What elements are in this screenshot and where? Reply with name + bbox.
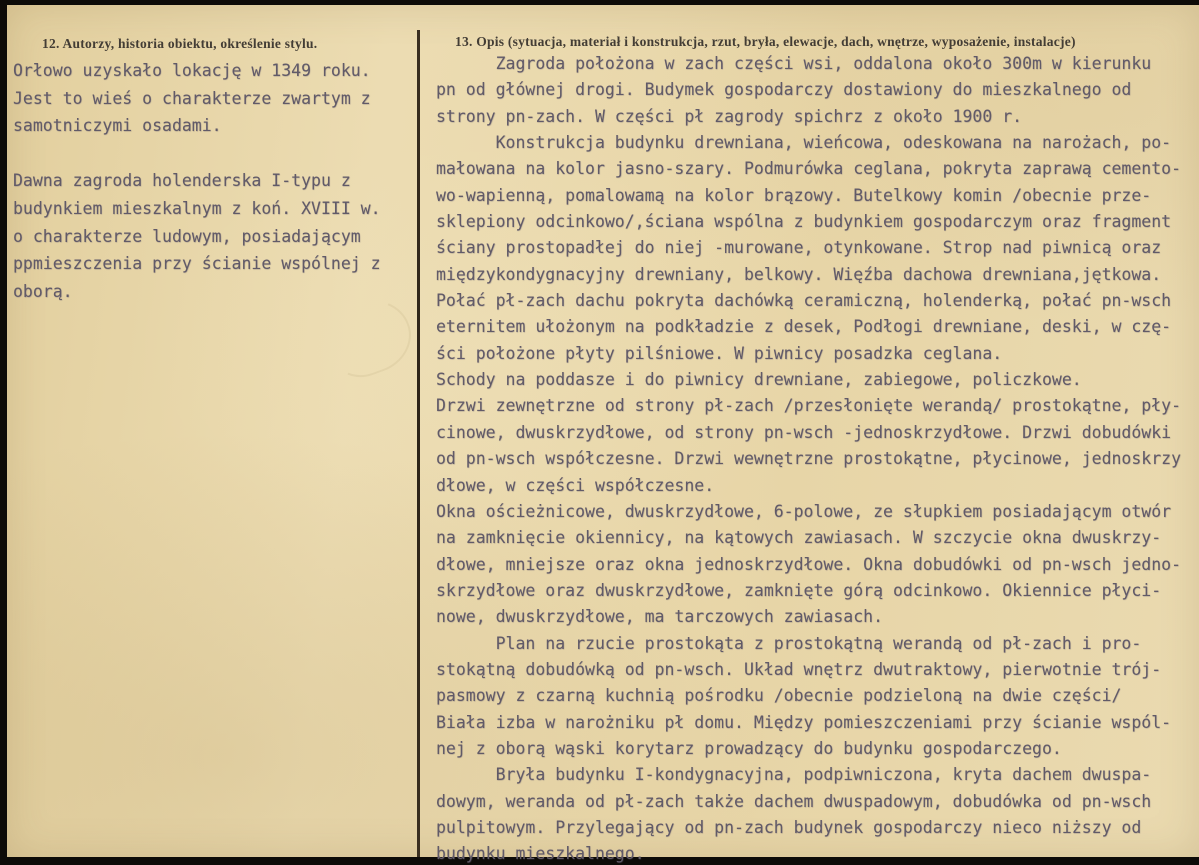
section-12-typewritten-text: Orłowo uzyskało lokację w 1349 roku.Jest… (13, 61, 381, 309)
typewritten-line: pulpitowym. Przylegający od pn-zach budy… (436, 818, 1181, 844)
typewritten-line: nej z oborą wąski korytarz prowadzący do… (436, 739, 1181, 765)
typewritten-line: cinowe, dwuskrzydłowe, od strony pn-wsch… (436, 423, 1181, 449)
typewritten-line: Zagroda położona w zach części wsi, odda… (436, 54, 1181, 80)
typewritten-line: eternitem ułożonym na podkładzie z desek… (436, 317, 1181, 343)
typewritten-line: sklepiony odcinkowo/,ściana wspólna z bu… (436, 212, 1181, 238)
typewritten-line: oborą. (13, 282, 381, 310)
typewritten-line: od pn-wsch współczesne. Drzwi wewnętrzne… (436, 449, 1181, 475)
typewritten-line: Konstrukcja budynku drewniana, wieńcowa,… (436, 133, 1181, 159)
typewritten-line (13, 144, 381, 172)
section-12-header: 12. Autorzy, historia obiektu, określeni… (42, 36, 317, 52)
typewritten-line: skrzydłowe oraz dwuskrzydłowe, zamknięte… (436, 581, 1181, 607)
section-13-typewritten-text: Zagroda położona w zach części wsi, odda… (436, 54, 1181, 865)
typewritten-line: Połać pł-zach dachu pokryta dachówką cer… (436, 291, 1181, 317)
typewritten-line: Dawna zagroda holenderska I-typu z (13, 171, 381, 199)
typewritten-line: strony pn-zach. W części pł zagrody spic… (436, 107, 1181, 133)
typewritten-line: małowana na kolor jasno-szary. Podmurówk… (436, 159, 1181, 185)
typewritten-line: dłowe, w części współczesne. (436, 476, 1181, 502)
typewritten-line: Schody na poddasze i do piwnicy drewnian… (436, 370, 1181, 396)
typewritten-line: budynku mieszkalnego. (436, 844, 1181, 865)
typewritten-line: Bryła budynku I-kondygnacyjna, podpiwnic… (436, 765, 1181, 791)
typewritten-line: o charakterze ludowym, posiadającym (13, 227, 381, 255)
typewritten-line: Drzwi zewnętrzne od strony pł-zach /prze… (436, 396, 1181, 422)
typewritten-line: samotniczymi osadami. (13, 116, 381, 144)
typewritten-line: stokątną dobudówką od pn-wsch. Układ wnę… (436, 660, 1181, 686)
typewritten-line: nowe, dwuskrzydłowe, ma tarczowych zawia… (436, 607, 1181, 633)
typewritten-line: Okna ościeżnicowe, dwuskrzydłowe, 6-polo… (436, 502, 1181, 528)
typewritten-line: Plan na rzucie prostokąta z prostokątną … (436, 634, 1181, 660)
typewritten-line: ściany prostopadłej do niej -murowane, o… (436, 238, 1181, 264)
typewritten-line: budynkiem mieszkalnym z koń. XVIII w. (13, 199, 381, 227)
typewritten-line: międzykondygnacyjny drewniany, belkowy. … (436, 265, 1181, 291)
typewritten-line: Jest to wieś o charakterze zwartym z (13, 89, 381, 117)
scan-edge-background: 12. Autorzy, historia obiektu, określeni… (0, 0, 1199, 865)
column-divider-rule (417, 30, 420, 857)
typewritten-line: ppmieszczenia przy ścianie wspólnej z (13, 254, 381, 282)
typewritten-line: dowym, weranda od pł-zach także dachem d… (436, 792, 1181, 818)
typewritten-line: dłowe, mniejsze oraz okna jednoskrzydłow… (436, 555, 1181, 581)
typewritten-line: ści położone płyty pilśniowe. W piwnicy … (436, 344, 1181, 370)
typewritten-line: Orłowo uzyskało lokację w 1349 roku. (13, 61, 381, 89)
typewritten-line: pasmowy z czarną kuchnią pośrodku /obecn… (436, 686, 1181, 712)
typewritten-line: wo-wapienną, pomalowamą na kolor brązowy… (436, 186, 1181, 212)
typewritten-line: pn od głównej drogi. Budymek gospodarczy… (436, 80, 1181, 106)
section-13-header: 13. Opis (sytuacja, materiał i konstrukc… (455, 34, 1076, 50)
typewritten-line: Biała izba w narożniku pł domu. Między p… (436, 713, 1181, 739)
typewritten-line: na zamknięcie okiennicy, na kątowych zaw… (436, 528, 1181, 554)
